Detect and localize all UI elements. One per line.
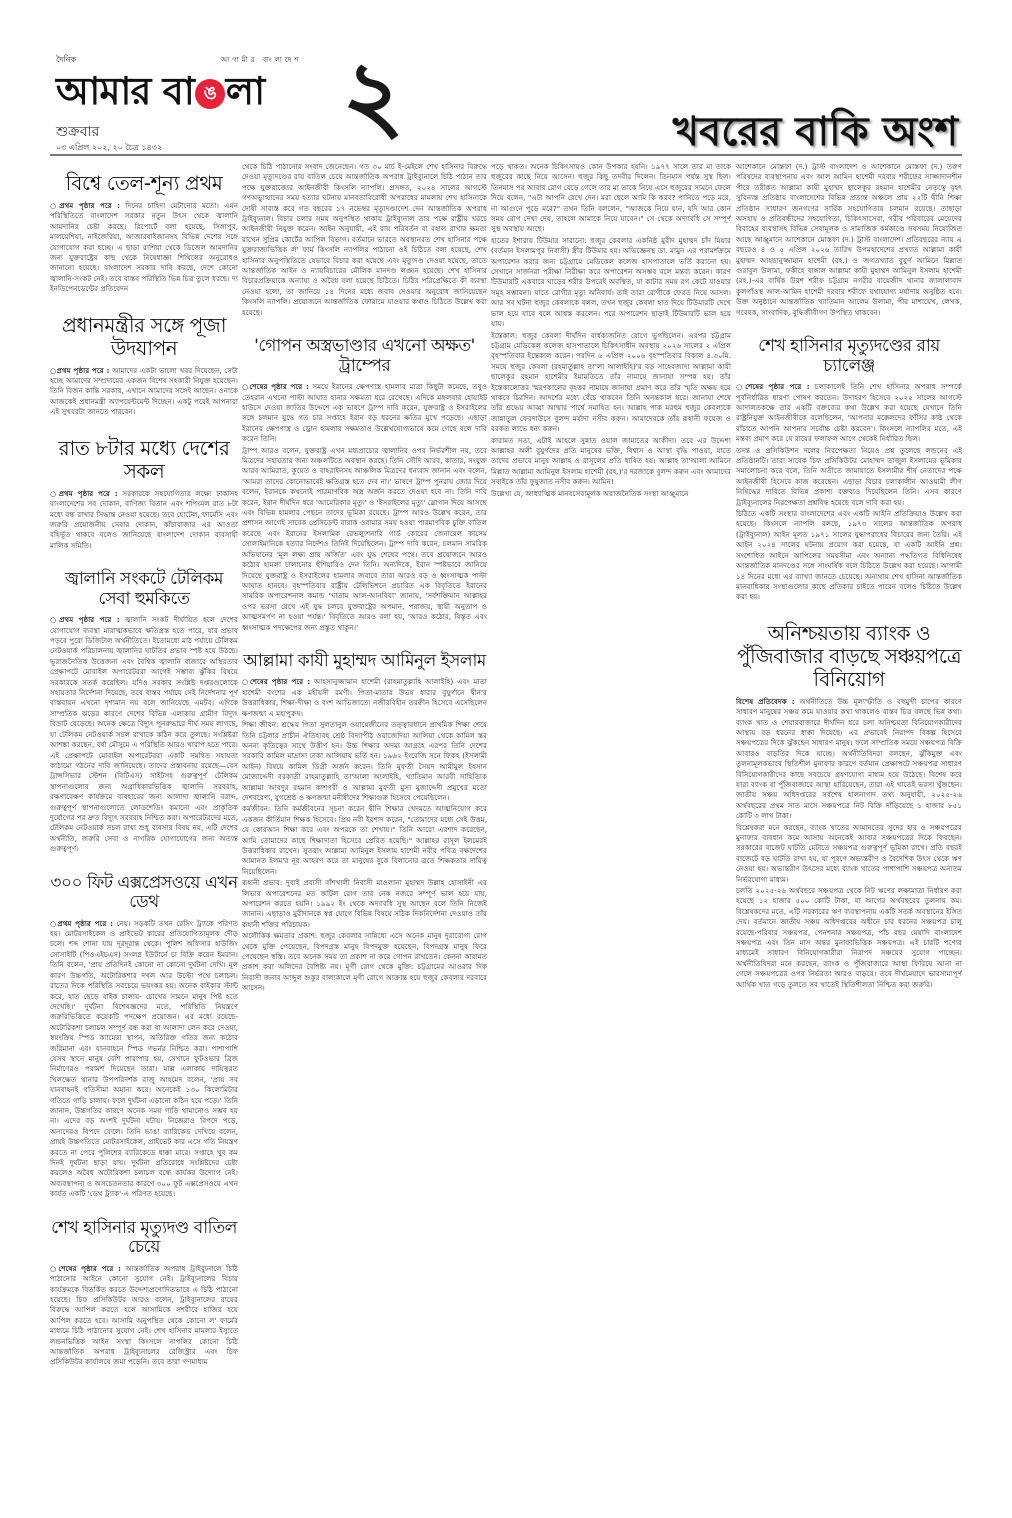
article-body: কারামত সত্য, এটাই আহলে সুন্নাত ওয়াল জাম…	[491, 436, 731, 488]
column-4: আশেকানে মোস্তফা (দ.) ট্রাস্ট বাংলাদেশ ও …	[736, 162, 962, 1462]
article-body: ○প্রথম পৃষ্ঠার পরে : সরকারকে সহযোগিতার ল…	[50, 489, 238, 551]
article-telecom: জ্বালানি সংকটে টেলিকম সেবা হুমকিতে ○প্রথ…	[50, 570, 238, 854]
article-body: ○শেষের পৃষ্ঠার পরে : সময়ে ইরানের ক্ষেপণ…	[242, 382, 487, 444]
column-3: পড়ে থাকত। অনেক চিকিৎসায়ও কোন উপকার হয়…	[491, 162, 731, 1462]
article-headline[interactable]: শেখ হাসিনার মৃত্যুদণ্ড বাতিল চেয়ে	[50, 1219, 238, 1258]
article-body: বিশেষ প্রতিবেদক : অর্থনীতিতে উচ্চ মূল্যস…	[736, 697, 962, 822]
continuation-ref: ○প্রথম পৃষ্ঠার পরে :	[50, 489, 118, 498]
page-number: ২	[342, 48, 404, 144]
masthead: দৈনিক আগামীর বাংলাদেশ আমার বাঙলা শুক্রবা…	[50, 40, 962, 152]
article-expressway: ৩০০ ফিট এক্সপ্রেসওয়ে এখন ডেথ ○প্রথম পৃষ…	[50, 874, 238, 1200]
article-hasina-appeal: শেখ হাসিনার মৃত্যুদণ্ড বাতিল চেয়ে ○শেষে…	[50, 1219, 238, 1368]
article-body: উল্লেখ্য যে, আধ্যাত্মিক মানবসেবামূলক অরা…	[491, 489, 731, 499]
article-headline[interactable]: শেখ হাসিনার মৃত্যুদণ্ডের রায় চ্যালেঞ্জ	[736, 337, 962, 376]
weekday: শুক্রবার	[56, 120, 99, 144]
continuation-ref: ○প্রথম পৃষ্ঠার পরে :	[50, 615, 120, 624]
article-body: ইন্তেকাল: হুজুর কেবলা দীর্ঘদিন বার্ধক্যজ…	[491, 331, 731, 435]
article-body: পড়ে থাকত। অনেক চিকিৎসায়ও কোন উপকার হয়…	[491, 162, 731, 235]
article-body: থেকে চিঠি পাঠানোর সংবাদ জেনেছেন। গত ৩০ ম…	[242, 162, 487, 318]
article-headline[interactable]: রাত ৮টার মধ্যে দেশের সকল	[50, 437, 238, 483]
continuation-ref: ○শেষের পৃষ্ঠার পরে :	[242, 382, 309, 391]
article-body: ○প্রথম পৃষ্ঠার পরে : নেয়। সড়কটি তখন রে…	[50, 919, 238, 1200]
article-body: বিশ্লেষকরা মনে করছেন, ব্যাংক খাতের আমানত…	[736, 823, 962, 885]
article-body: চিঠিতে একটি সংস্থার বাংলাদেশের এবং একটি …	[736, 509, 962, 603]
article-hasina-challenge: শেখ হাসিনার মৃত্যুদণ্ডের রায় চ্যালেঞ্জ …	[736, 337, 962, 603]
article-body: ○শেষের পৃষ্ঠার পরে : আহসানুজ্জামান হাশেম…	[242, 677, 487, 719]
masthead-divider	[50, 154, 962, 156]
continuation-ref: ○শেষের পৃষ্ঠার পরে :	[242, 677, 310, 686]
article-headline[interactable]: জ্বালানি সংকটে টেলিকম সেবা হুমকিতে	[50, 570, 238, 609]
continuation-ref: ○শেষের পৃষ্ঠার পরে :	[736, 382, 810, 391]
article-aminul-islam-continued: পড়ে থাকত। অনেক চিকিৎসায়ও কোন উপকার হয়…	[491, 162, 731, 499]
article-puja: প্রধানমন্ত্রীর সঙ্গে পূজা উদযাপন ○প্রথম …	[50, 314, 238, 418]
byline: বিশেষ প্রতিবেদক :	[736, 697, 795, 706]
continuation-ref: ○প্রথম পৃষ্ঠার পরে :	[50, 919, 113, 928]
article-oil-free: বিশ্বে তেল-শূন্য প্রথম ○প্রথম পৃষ্ঠার পর…	[50, 172, 238, 295]
article-headline[interactable]: প্রধানমন্ত্রীর সঙ্গে পূজা উদযাপন	[50, 314, 238, 360]
article-shops-close: রাত ৮টার মধ্যে দেশের সকল ○প্রথম পৃষ্ঠার …	[50, 437, 238, 551]
continuation-ref: ○প্রথম পৃষ্ঠার পরে :	[50, 201, 120, 210]
column-2: থেকে চিঠি পাঠানোর সংবাদ জেনেছেন। গত ৩০ ম…	[242, 162, 487, 1462]
article-savings: অনিশ্চয়তায় ব্যাংক ও পুঁজিবাজার বাড়ছে …	[736, 622, 962, 990]
article-headline[interactable]: বিশ্বে তেল-শূন্য প্রথম	[50, 172, 238, 195]
article-anjuman: আশেকানে মোস্তফা (দ.) ট্রাস্ট বাংলাদেশ ও …	[736, 162, 962, 318]
article-body: ট্রাম্প আরও বলেন, যুক্তরাষ্ট্র এখন মধ্যপ…	[242, 446, 487, 633]
article-headline[interactable]: 'গোপন অস্ত্রভাণ্ডার এখনো অক্ষত' ট্রাম্পে…	[242, 337, 487, 376]
article-body: শিক্ষা জীবন: শ্রদ্ধেয় পিতা সুলতানুল ওয়…	[242, 720, 487, 803]
article-body: হাতের ইশারায় টিউমার সারানো: হুজুর কেবলা…	[491, 236, 731, 330]
continuation-ref: ○প্রথম পৃষ্ঠার পরে :	[50, 366, 110, 375]
article-headline[interactable]: আল্লামা কাযী মুহাম্মদ আমিনুল ইসলাম	[242, 652, 487, 672]
logo-red-badge-icon: ঙ	[195, 79, 225, 109]
article-body: ○প্রথম পৃষ্ঠার পরে : দিনের চাহিদা মেটানো…	[50, 201, 238, 295]
continuation-ref: ○শেষের পৃষ্ঠার পরে :	[50, 1264, 121, 1273]
article-body: রূহানী প্রভাব: দুবাই প্রবাসী বাঁশখালী নি…	[242, 878, 487, 930]
article-body: ○শেষের পৃষ্ঠার পরে : আন্তর্জাতিক অপরাধ ট…	[50, 1264, 238, 1368]
article-body: আশেকানে মোস্তফা (দ.) ট্রাস্ট বাংলাদেশ ও …	[736, 162, 962, 318]
article-body: ○শেষের পৃষ্ঠার পরে : চলাকালেই তিনি শেখ হ…	[736, 382, 962, 444]
article-body: অলৌকিক ক্ষমতার প্রকাশ: হুজুর কেবলার সান্…	[242, 931, 487, 993]
logo-text-part1: আমার বা	[56, 69, 194, 113]
article-headline[interactable]: ৩০০ ফিট এক্সপ্রেসওয়ে এখন ডেথ	[50, 874, 238, 913]
logo-text-part2: লা	[226, 69, 264, 113]
newspaper-logo[interactable]: আমার বাঙলা	[56, 62, 264, 126]
article-headline[interactable]: অনিশ্চয়তায় ব্যাংক ও পুঁজিবাজার বাড়ছে …	[736, 622, 962, 691]
section-title: খবরের বাকি অংশ	[673, 100, 958, 167]
article-iran-arsenal: 'গোপন অস্ত্রভাণ্ডার এখনো অক্ষত' ট্রাম্পে…	[242, 337, 487, 633]
article-body: তদন্ত ও প্রসিকিউশন দলের নিরপেক্ষতা নিয়ে…	[736, 446, 962, 508]
article-body: কর্মজীবন: তিনি কর্মজীবনের সূচনা করেন দ্ব…	[242, 804, 487, 877]
article-body: ○প্রথম পৃষ্ঠার পরে : আমাদের একটা ভালো খব…	[50, 366, 238, 418]
article-aminul-islam: আল্লামা কাযী মুহাম্মদ আমিনুল ইসলাম ○শেষে…	[242, 652, 487, 994]
article-body: চলতি ২০২৫-২৬ অর্থবছরে সঞ্চয়পত্র থেকে নি…	[736, 886, 962, 990]
article-hasina-appeal-continued: থেকে চিঠি পাঠানোর সংবাদ জেনেছেন। গত ৩০ ম…	[242, 162, 487, 318]
column-1: বিশ্বে তেল-শূন্য প্রথম ○প্রথম পৃষ্ঠার পর…	[50, 162, 238, 1462]
article-body: ○প্রথম পৃষ্ঠার পরে : জ্বালানি সংকট দীর্ঘ…	[50, 615, 238, 854]
